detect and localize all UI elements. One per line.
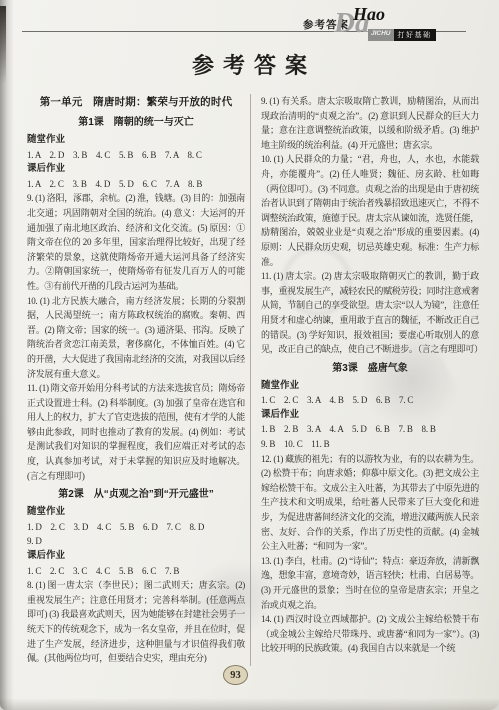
answer-key-row: 1. C 2. C 3. C 4. C 5. B 6. C 7. B: [27, 564, 245, 579]
series-badge: JICHU 打好基础: [368, 29, 436, 41]
book-spine-shadow: [0, 0, 14, 710]
homework-label: 课后作业: [27, 162, 245, 177]
answer-paragraph: 11. (1) 唐太宗。(2) 唐太宗吸取隋朝灭亡的教训，勤于政事，重视发展生产…: [261, 269, 479, 357]
lesson-3-heading: 第3课 盛唐气象: [261, 361, 479, 376]
lesson-2-heading: 第2课 从“贞观之治”到“开元盛世”: [27, 487, 245, 502]
answer-key-row: 1. B 2. B 3. A 4. A 5. D 6. B 7. B 8. B: [261, 422, 479, 437]
answer-paragraph: 14. (1) 西汉时设立西域都护。(2) 文成公主嫁给松赞干布（或金城公主嫁给…: [261, 612, 479, 656]
homework-label: 课后作业: [261, 408, 479, 423]
page-number-badge: 93: [223, 665, 248, 685]
answer-key-row: 9. D: [27, 534, 245, 549]
homework-label: 随堂作业: [27, 505, 245, 520]
answer-paragraph: 13. (1) 李白，杜甫。(2) “诗仙”；特点：豪迈奔放，清新飘逸，想象丰富…: [261, 554, 479, 612]
answer-key-row: 1. C 2. C 3. A 4. B 5. D 6. B 7. C: [261, 393, 479, 408]
answer-key-row: 1. A 2. C 3. B 4. D 5. D 6. C 7. A 8. B: [27, 177, 245, 192]
answer-paragraph: 9. (1) 有关系。唐太宗吸取隋亡教训，励精图治，从而出现政治清明的“贞观之治…: [261, 94, 479, 152]
logo-hao-text: Hao: [353, 4, 385, 25]
series-badge-pinyin: JICHU: [368, 29, 394, 41]
brand-logo: 参考答案 Da Hao JICHU 打好基础: [303, 10, 483, 50]
answer-paragraph: 11. (1) 隋文帝开始用分科考试的方法来选拔官员；隋炀帝正式设置进士科。(2…: [27, 381, 245, 483]
answer-key-row: 1. A 2. D 3. B 4. C 5. B 6. B 7. A 8. C: [27, 148, 245, 163]
answer-paragraph: 10. (1) 北方民族大融合，南方经济发展；长期的分裂割据，人民渴望统一；南方…: [27, 294, 245, 382]
page-title: 参考答案: [0, 49, 499, 80]
answer-paragraph: 8. (1) 图一唐太宗（李世民）；图二武则天；唐玄宗。(2) 重视发展生产；注…: [27, 578, 245, 666]
homework-label: 随堂作业: [261, 379, 479, 394]
homework-label: 课后作业: [27, 549, 245, 564]
answer-paragraph: 12. (1) 藏族的祖先；有的以游牧为业，有的以农耕为生。(2) 松赞干布；向…: [261, 452, 479, 554]
homework-label: 随堂作业: [27, 133, 245, 148]
series-badge-slogan: 打好基础: [394, 29, 436, 41]
lesson-1-heading: 第1课 隋朝的统一与灭亡: [27, 115, 245, 130]
left-column: 第一单元 隋唐时期：繁荣与开放的时代 第1课 隋朝的统一与灭亡 随堂作业 1. …: [27, 94, 250, 666]
unit-heading: 第一单元 隋唐时期：繁荣与开放的时代: [27, 95, 245, 110]
answers-content: 第一单元 隋唐时期：繁荣与开放的时代 第1课 隋朝的统一与灭亡 随堂作业 1. …: [27, 94, 479, 666]
right-column: 9. (1) 有关系。唐太宗吸取隋亡教训，励精图治，从而出现政治清明的“贞观之治…: [250, 94, 479, 666]
answer-paragraph: 9. (1) 洛阳，涿郡，余杭。(2) 淮，钱塘。(3) 目的：加强南北交通；巩…: [27, 191, 245, 293]
page-bottom-shadow: [0, 698, 499, 710]
book-page: 参考答案 Da Hao JICHU 打好基础 参考答案 第一单元 隋唐时期：繁荣…: [0, 0, 499, 710]
answer-key-row: 1. D 2. C 3. D 4. C 5. B 6. D 7. C 8. D: [27, 520, 245, 535]
answer-paragraph: 10. (1) 人民群众的力量；“君，舟也，人，水也，水能载舟，亦能覆舟”。(2…: [261, 152, 479, 269]
answer-key-row: 9. B 10. C 11. B: [261, 437, 479, 452]
